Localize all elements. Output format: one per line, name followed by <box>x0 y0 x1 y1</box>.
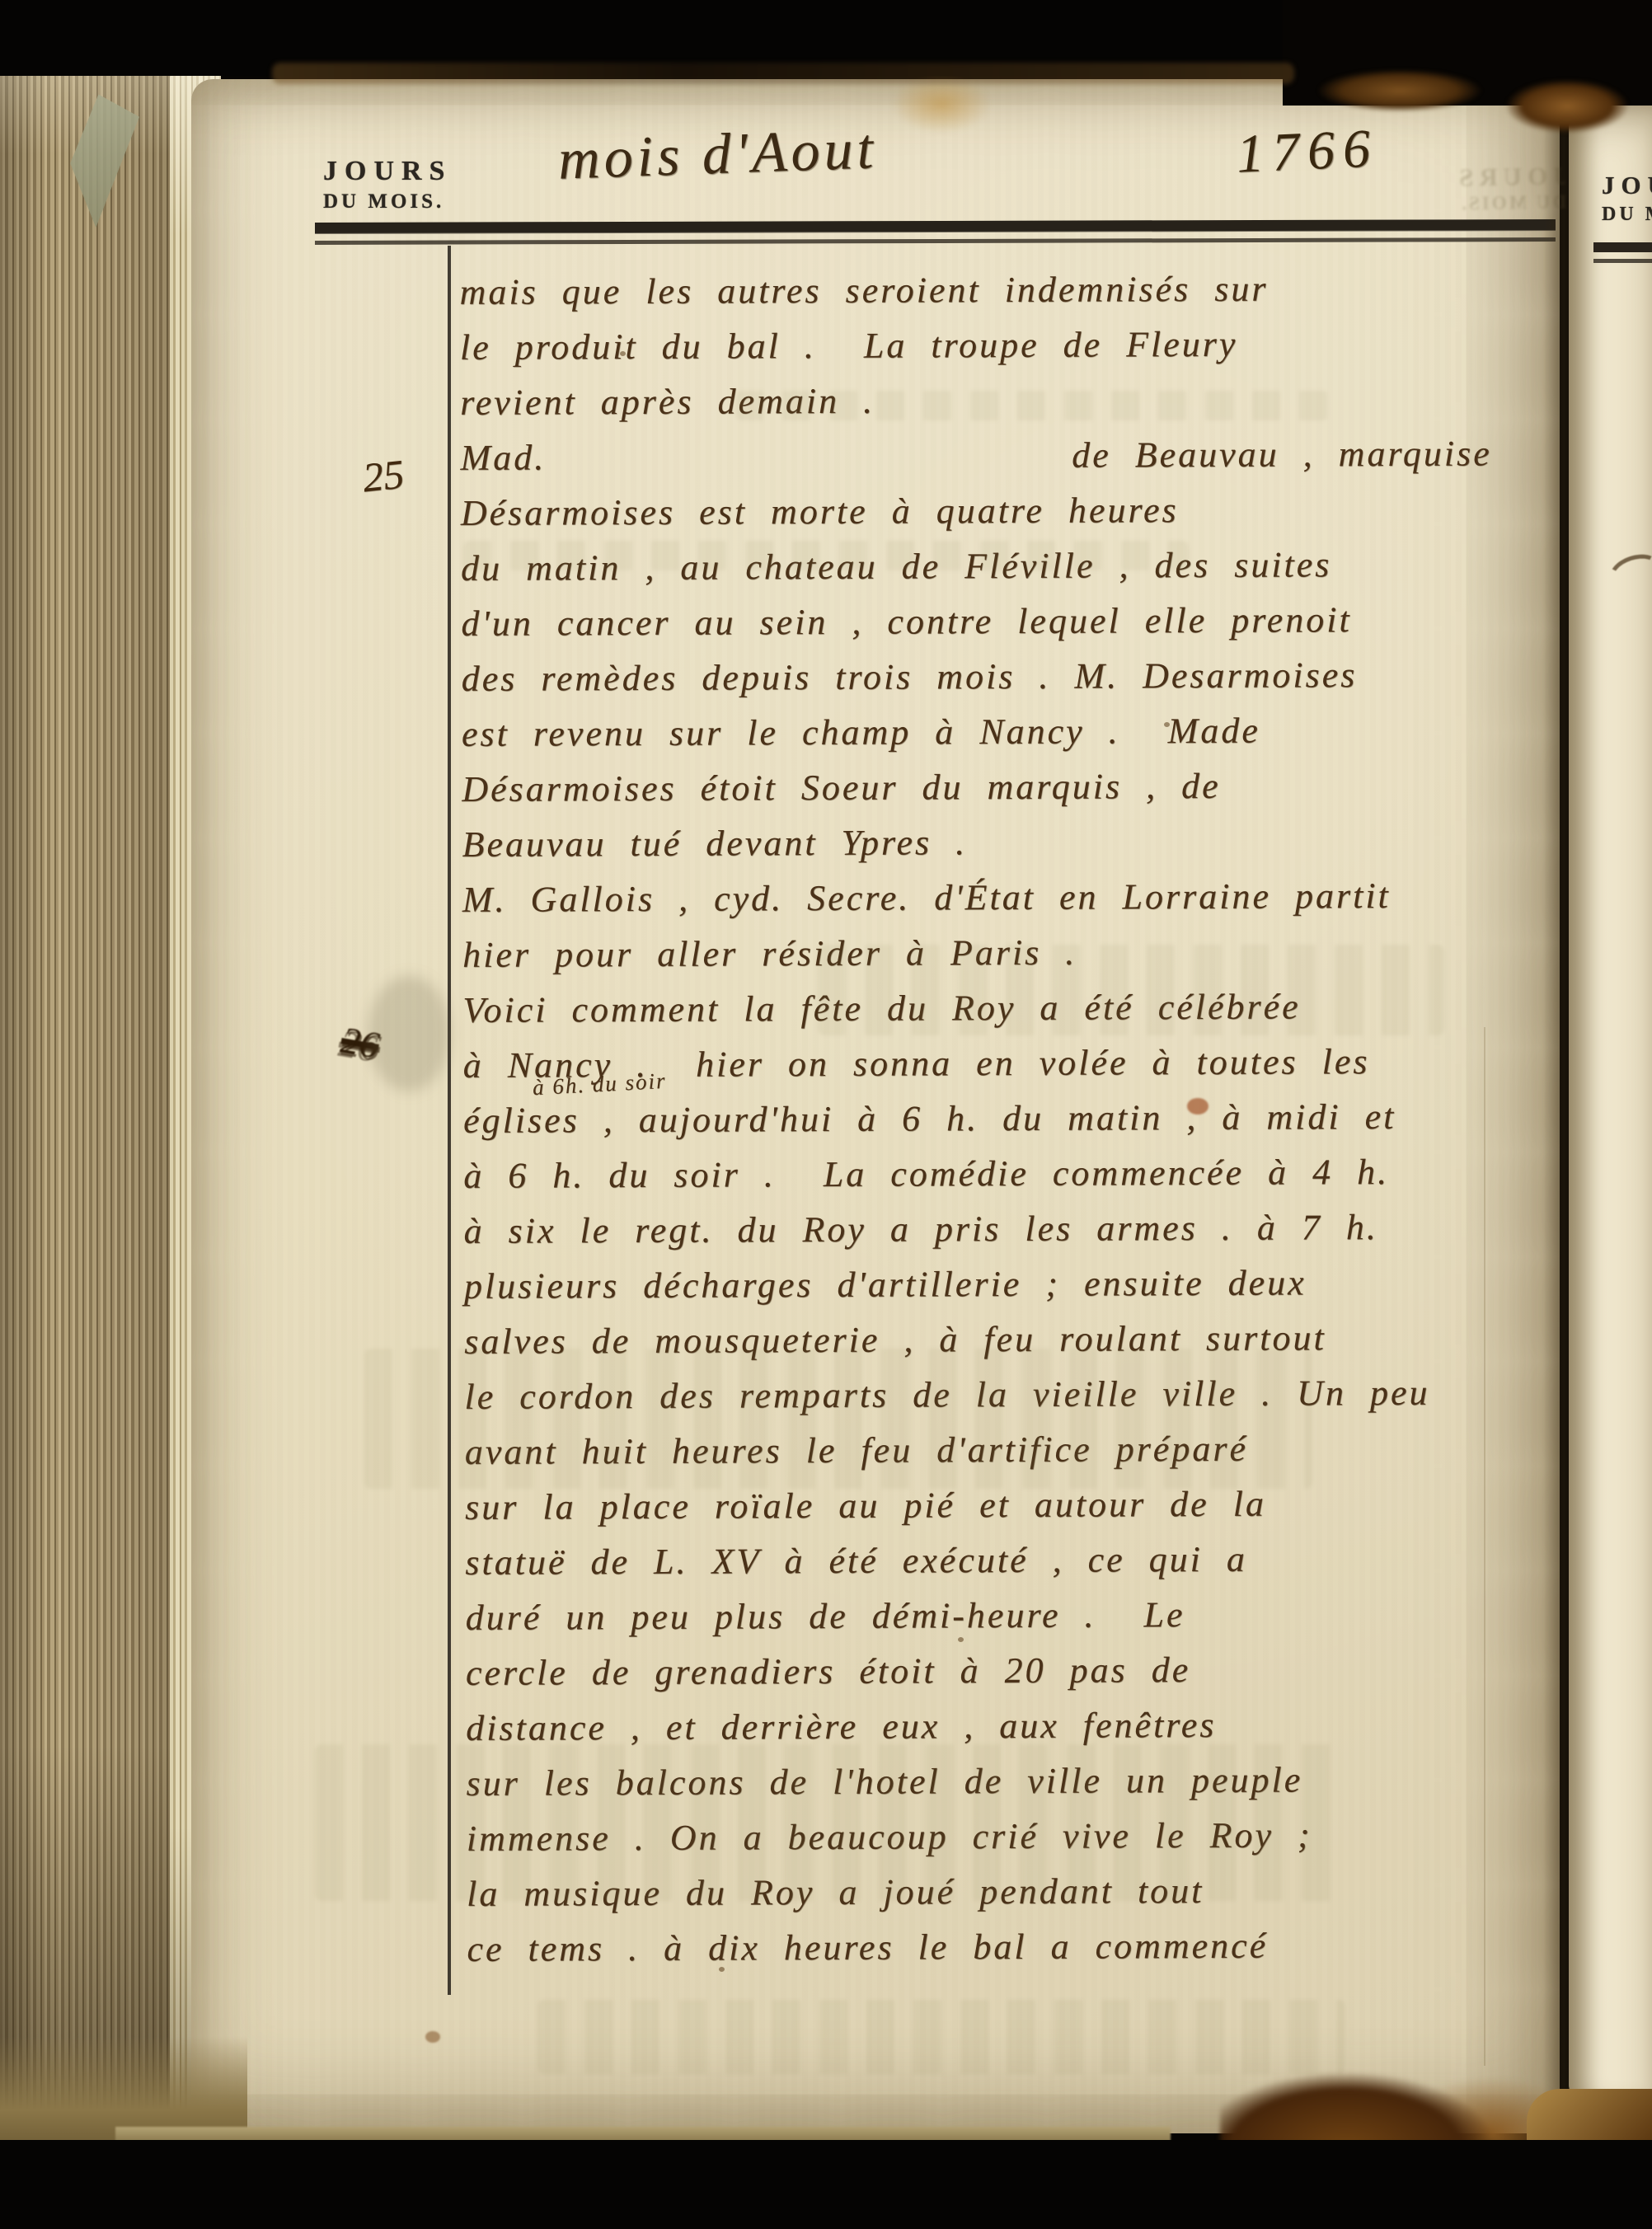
manuscript-line: à Nancy . hier on sonna en volée à toute… <box>463 1033 1568 1093</box>
paper-fold-line <box>1484 1027 1485 2066</box>
facing-header-du-mois: DU M <box>1602 203 1652 227</box>
open-book-photo: JOURS DU MOIS. mois d'Aout 1766 25 26 à … <box>0 0 1652 2229</box>
paper-stain <box>425 2031 440 2043</box>
ink-bleedthrough <box>537 2000 1345 2074</box>
manuscript-line: Désarmoises est morte à quatre heures <box>461 481 1565 541</box>
manuscript-line: plusieurs décharges d'artillerie ; ensui… <box>464 1254 1569 1314</box>
dark-background-bottom <box>0 2140 1652 2229</box>
manuscript-line: duré un peu plus de démi-heure . Le <box>465 1585 1570 1645</box>
printed-header-du-mois: DU MOIS. <box>323 190 452 214</box>
ink-bleedthrough <box>818 945 1444 1035</box>
ink-bleedthrough <box>364 1349 1312 1489</box>
ink-bleedthrough <box>735 391 1329 420</box>
manuscript-line: ce tems . à dix heures le bal a commencé <box>467 1917 1571 1977</box>
facing-header-rule-thick <box>1593 242 1652 252</box>
facing-printed-header: JOU DU M <box>1602 170 1652 227</box>
paper-stain <box>1187 1098 1208 1114</box>
manuscript-line: M. Gallois , cyd. Secre. d'État en Lorra… <box>462 867 1567 927</box>
printed-header-jours: JOURS <box>323 155 452 187</box>
manuscript-line: Désarmoises étoit Soeur du marquis , de <box>462 757 1566 817</box>
paper-speck <box>958 1637 964 1642</box>
manuscript-line: à six le regt. du Roy a pris les armes .… <box>463 1199 1568 1259</box>
paper-speck <box>620 351 626 356</box>
paper-speck <box>719 1967 725 1972</box>
manuscript-line: mais que les autres seroient indemnisés … <box>459 260 1564 320</box>
facing-header-rule-thin <box>1593 259 1652 263</box>
manuscript-page: JOURS DU MOIS. mois d'Aout 1766 25 26 à … <box>191 79 1560 2133</box>
manuscript-line: d'un cancer au sein , contre lequel elle… <box>461 591 1565 651</box>
margin-rule-vertical <box>448 246 451 1995</box>
facing-pen-flourish <box>1604 548 1652 599</box>
ink-bleedthrough <box>315 1744 1337 1901</box>
manuscript-line: statuë de L. XV à été exécuté , ce qui a <box>465 1530 1570 1590</box>
handwritten-text-block: mais que les autres seroient indemnisés … <box>459 260 1571 1977</box>
facing-header-jours: JOU <box>1602 170 1652 200</box>
printed-column-header: JOURS DU MOIS. <box>323 155 452 214</box>
paper-speck <box>1164 722 1170 727</box>
manuscript-line: églises , aujourd'hui à 6 h. du matin , … <box>463 1088 1568 1148</box>
handwritten-month-title: mois d'Aout <box>557 116 878 193</box>
binding-debris <box>1317 69 1482 112</box>
handwritten-year: 1766 <box>1235 117 1379 185</box>
page-top-edge-shadow <box>272 63 1294 84</box>
ink-smudge <box>368 976 450 1091</box>
margin-day-number-25: 25 <box>360 450 406 502</box>
manuscript-line: est revenu sur le champ à Nancy . Made <box>462 702 1566 762</box>
manuscript-line: des remèdes depuis trois mois . M. Desar… <box>462 646 1566 706</box>
binding-debris <box>1505 79 1629 134</box>
manuscript-line: à 6 h. du soir . La comédie commencée à … <box>463 1143 1568 1204</box>
manuscript-line: Mad. de Beauvau , marquise <box>460 425 1565 486</box>
ink-bleedthrough <box>463 541 1189 570</box>
manuscript-line: Beauvau tué devant Ypres . <box>462 812 1566 872</box>
manuscript-line: cercle de grenadiers étoit à 20 pas de <box>466 1640 1570 1701</box>
manuscript-line: le produit du bal . La troupe de Fleury <box>460 315 1565 375</box>
facing-page-sliver: JOU DU M <box>1569 104 1652 2105</box>
